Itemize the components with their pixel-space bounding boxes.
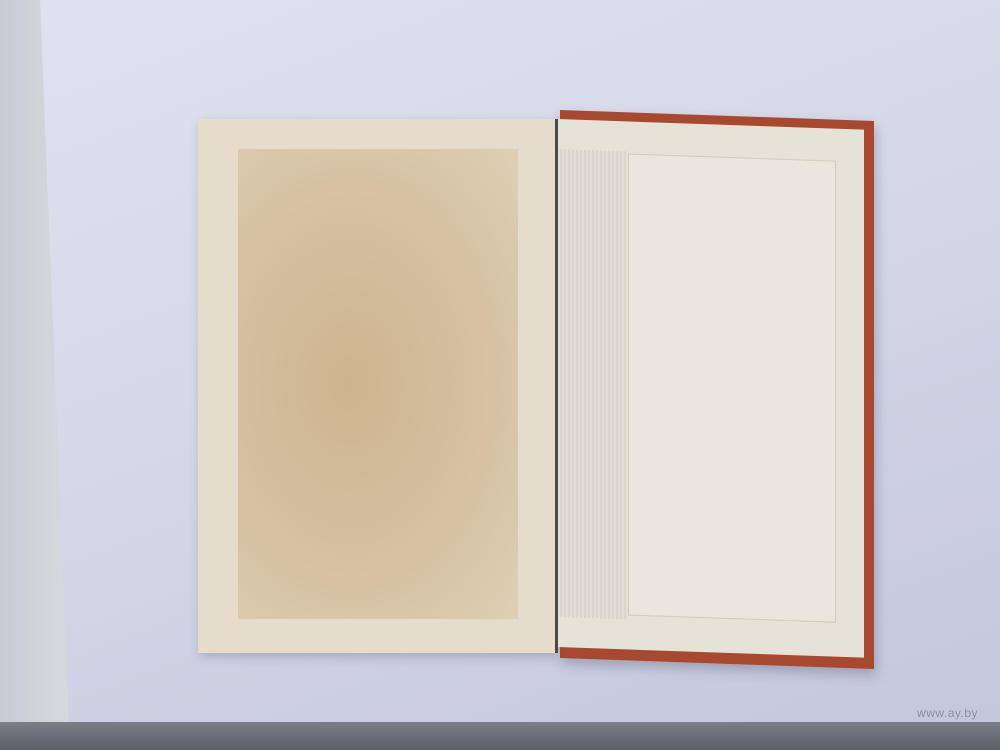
cloth-hinge	[558, 149, 628, 619]
page-inner-panel	[628, 153, 836, 622]
left-endpaper	[198, 119, 556, 653]
right-pastedown	[558, 119, 864, 658]
watermark-text: www.ay.by	[917, 706, 978, 720]
book-gutter	[555, 119, 558, 653]
foxing-stain	[238, 149, 518, 619]
dark-surface-edge	[0, 722, 1000, 750]
